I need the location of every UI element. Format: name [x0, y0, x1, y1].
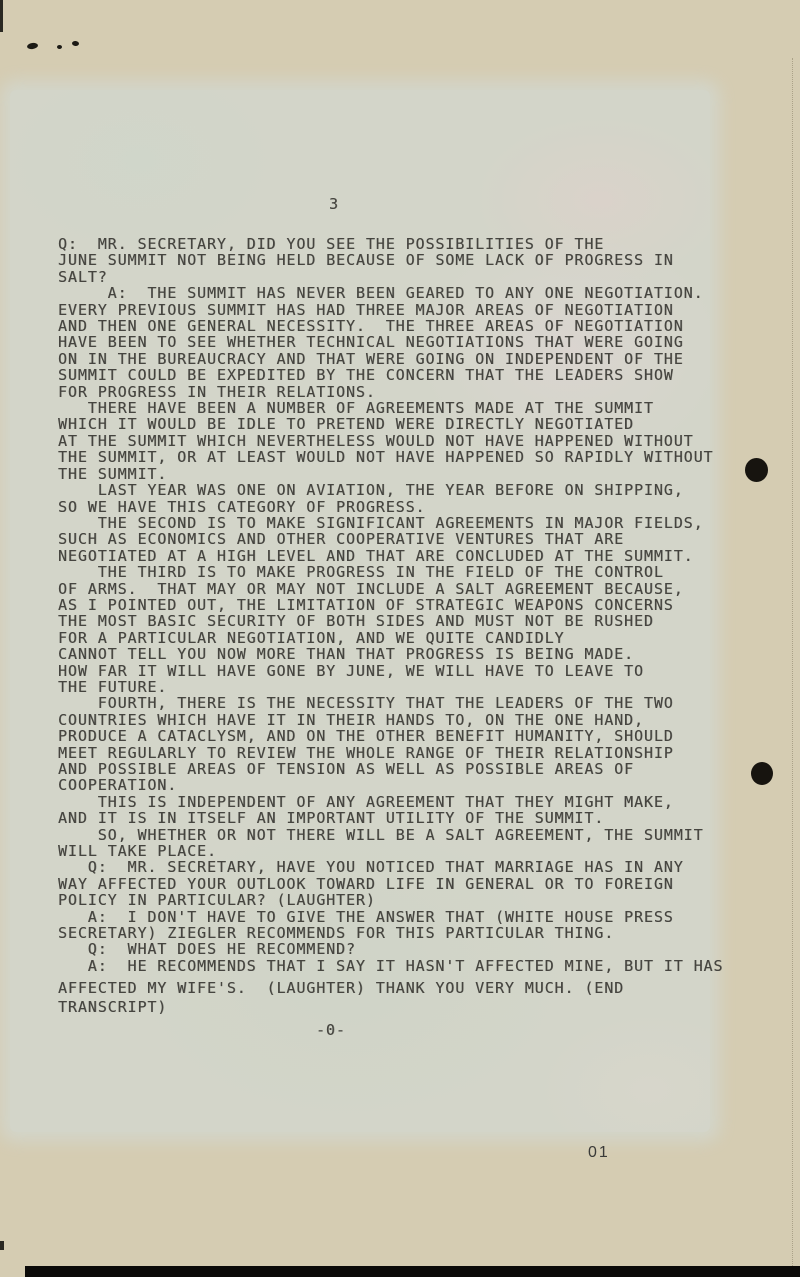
page-number: 3: [329, 195, 339, 213]
scan-edge-artifact: [0, 1241, 4, 1250]
end-separator: -0-: [316, 1021, 346, 1039]
ink-smudge-mark: [57, 45, 62, 49]
fold-line: [792, 58, 793, 1266]
ink-smudge-mark: [72, 41, 79, 47]
punch-hole-dot: [751, 762, 773, 785]
punch-hole-dot: [745, 458, 768, 482]
scanned-document-page: 3 Q: MR. SECRETARY, DID YOU SEE THE POSS…: [0, 0, 800, 1277]
ink-smudge-mark: [27, 42, 39, 49]
transcript-tail: AFFECTED MY WIFE'S. (LAUGHTER) THANK YOU…: [58, 979, 624, 1017]
scan-edge-artifact: [0, 0, 3, 32]
scan-edge-bar: [25, 1266, 800, 1277]
page-stamp-number: 01: [588, 1144, 610, 1162]
transcript-body: Q: MR. SECRETARY, DID YOU SEE THE POSSIB…: [58, 236, 723, 974]
